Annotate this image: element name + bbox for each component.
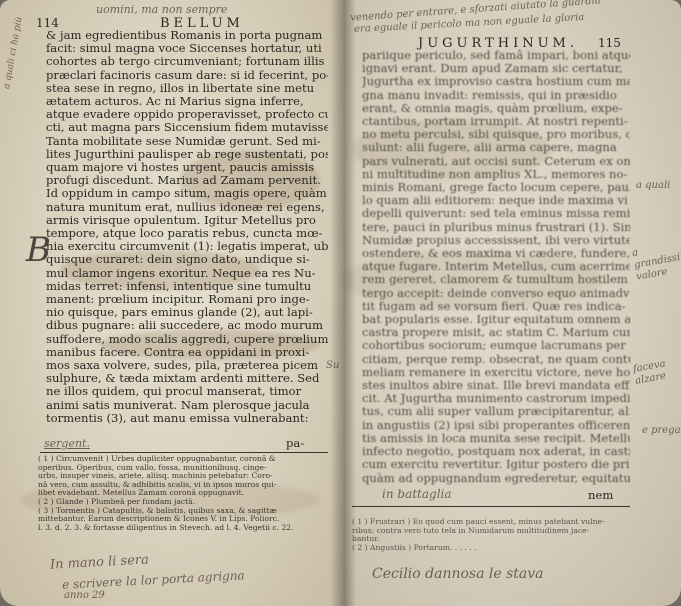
- footnotes: ( 1 ) Frustrari ) Eo quod cum pauci esse…: [352, 518, 642, 552]
- page-number: 114: [36, 16, 59, 30]
- handwritten-note: sergent.: [44, 437, 90, 450]
- catchword: nem: [588, 488, 613, 502]
- main-text: pariique periculo, sed famâ impari, boni…: [362, 49, 630, 485]
- handwritten-note: a grandissima valore: [631, 240, 681, 283]
- book-gutter: [330, 0, 356, 606]
- open-book-spread: 114 BELLUM uomini, ma non sempre a quali…: [0, 0, 681, 606]
- catchword: pa-: [286, 436, 304, 450]
- handwritten-note: in battaglia: [382, 487, 452, 501]
- handwritten-note: e scrivere la lor porta agrigna: [62, 568, 245, 592]
- right-page: venendo per entrare, e sforzati aiutato …: [342, 0, 681, 606]
- handwritten-note: a quali ci ha più: [2, 16, 25, 90]
- footnotes: ( 1 ) Circumvenit ) Urbes dupliciter opp…: [38, 455, 328, 532]
- handwritten-note: faceva alzare: [632, 356, 681, 388]
- handwritten-note: e pregava: [642, 425, 681, 436]
- main-text: & jam egredientibus Romanis in porta pug…: [46, 29, 328, 425]
- page-number: 115: [598, 36, 621, 50]
- handwritten-note: uomini, ma non sempre: [96, 3, 227, 16]
- footnote-rule: [40, 452, 328, 453]
- handwritten-note: Cecilio dannosa le stava: [372, 566, 544, 582]
- handwritten-note: In mano li sera: [50, 552, 149, 572]
- left-page: 114 BELLUM uomini, ma non sempre a quali…: [0, 0, 342, 606]
- footnote-rule: [352, 506, 630, 507]
- handwritten-note: anno 29: [64, 590, 105, 601]
- handwritten-note: a quali: [636, 180, 670, 191]
